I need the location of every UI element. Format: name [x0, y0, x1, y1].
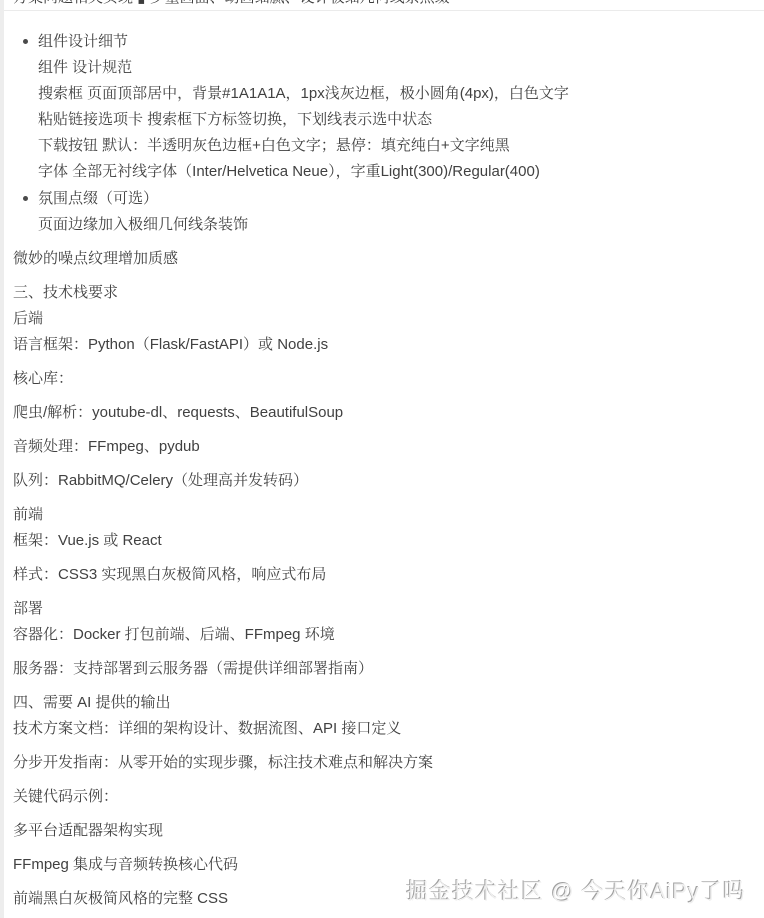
doc-line: 微妙的噪点纹理增加质感: [13, 248, 756, 269]
doc-line: 分步开发指南：从零开始的实现步骤，标注技术难点和解决方案: [13, 752, 756, 773]
top-clipped-text-row: 方案问题相关实现 ▮ 少量画面、动画细腻、设计极细几何线条点缀: [4, 0, 764, 11]
paragraph-block: 服务器：支持部署到云服务器（需提供详细部署指南）: [13, 658, 756, 679]
paragraph-block: 三、技术栈要求后端语言框架：Python（Flask/FastAPI）或 Nod…: [13, 282, 756, 355]
doc-line: 音频处理：FFmpeg、pydub: [13, 436, 756, 457]
doc-line: 多平台适配器架构实现: [13, 820, 756, 841]
document-body: 组件设计细节组件 设计规范搜索框 页面顶部居中，背景#1A1A1A，1px浅灰边…: [13, 12, 756, 909]
bullet-child-line: 组件 设计规范: [38, 57, 756, 78]
bullet-dot-icon: [23, 39, 28, 44]
doc-line: 部署: [13, 598, 756, 619]
document-page: 方案问题相关实现 ▮ 少量画面、动画细腻、设计极细几何线条点缀 组件设计细节组件…: [0, 0, 764, 918]
paragraph-block: 微妙的噪点纹理增加质感: [13, 248, 756, 269]
doc-line: 前端: [13, 504, 756, 525]
bullet-dot-icon: [23, 196, 28, 201]
doc-line: 四、需要 AI 提供的输出: [13, 692, 756, 713]
bullet-label: 氛围点缀（可选）: [38, 188, 756, 209]
doc-line: 语言框架：Python（Flask/FastAPI）或 Node.js: [13, 334, 756, 355]
bullet-child-line: 粘贴链接选项卡 搜索框下方标签切换，下划线表示选中状态: [38, 109, 756, 130]
doc-line: 技术方案文档：详细的架构设计、数据流图、API 接口定义: [13, 718, 756, 739]
paragraph-block: 爬虫/解析：youtube-dl、requests、BeautifulSoup: [13, 402, 756, 423]
paragraph-block: FFmpeg 集成与音频转换核心代码: [13, 854, 756, 875]
doc-line: 后端: [13, 308, 756, 329]
doc-line: 队列：RabbitMQ/Celery（处理高并发转码）: [13, 470, 756, 491]
bullet-child-line: 字体 全部无衬线字体（Inter/Helvetica Neue），字重Light…: [38, 161, 756, 182]
paragraph-block: 队列：RabbitMQ/Celery（处理高并发转码）: [13, 470, 756, 491]
doc-line: 爬虫/解析：youtube-dl、requests、BeautifulSoup: [13, 402, 756, 423]
bullet-child-line: 搜索框 页面顶部居中，背景#1A1A1A，1px浅灰边框，极小圆角(4px)，白…: [38, 83, 756, 104]
paragraph-block: 关键代码示例：: [13, 786, 756, 807]
paragraph-block: 核心库：: [13, 368, 756, 389]
paragraph-block: 分步开发指南：从零开始的实现步骤，标注技术难点和解决方案: [13, 752, 756, 773]
bullet-label: 组件设计细节: [38, 31, 756, 52]
watermark: 掘金技术社区 @ 今天你AiPy了吗: [406, 875, 746, 906]
doc-line: FFmpeg 集成与音频转换核心代码: [13, 854, 756, 875]
paragraph-block: 样式：CSS3 实现黑白灰极简风格，响应式布局: [13, 564, 756, 585]
paragraph-block: 前端框架：Vue.js 或 React: [13, 504, 756, 551]
left-edge-strip: [0, 0, 4, 918]
bullet-item: 氛围点缀（可选）页面边缘加入极细几何线条装饰: [13, 188, 756, 235]
paragraph-block: 四、需要 AI 提供的输出技术方案文档：详细的架构设计、数据流图、API 接口定…: [13, 692, 756, 739]
paragraph-block: 部署容器化：Docker 打包前端、后端、FFmpeg 环境: [13, 598, 756, 645]
doc-line: 框架：Vue.js 或 React: [13, 530, 756, 551]
doc-line: 容器化：Docker 打包前端、后端、FFmpeg 环境: [13, 624, 756, 645]
paragraph-block: 音频处理：FFmpeg、pydub: [13, 436, 756, 457]
doc-line: 三、技术栈要求: [13, 282, 756, 303]
top-clipped-line: 方案问题相关实现 ▮ 少量画面、动画细腻、设计极细几何线条点缀: [4, 0, 764, 8]
bullet-list: 组件设计细节组件 设计规范搜索框 页面顶部居中，背景#1A1A1A，1px浅灰边…: [13, 31, 756, 235]
bullet-child-line: 下载按钮 默认：半透明灰色边框+白色文字；悬停：填充纯白+文字纯黑: [38, 135, 756, 156]
doc-line: 核心库：: [13, 368, 756, 389]
doc-line: 样式：CSS3 实现黑白灰极简风格，响应式布局: [13, 564, 756, 585]
doc-line: 服务器：支持部署到云服务器（需提供详细部署指南）: [13, 658, 756, 679]
bullet-child-line: 页面边缘加入极细几何线条装饰: [38, 214, 756, 235]
paragraph-block: 多平台适配器架构实现: [13, 820, 756, 841]
doc-line: 关键代码示例：: [13, 786, 756, 807]
bullet-item: 组件设计细节组件 设计规范搜索框 页面顶部居中，背景#1A1A1A，1px浅灰边…: [13, 31, 756, 182]
